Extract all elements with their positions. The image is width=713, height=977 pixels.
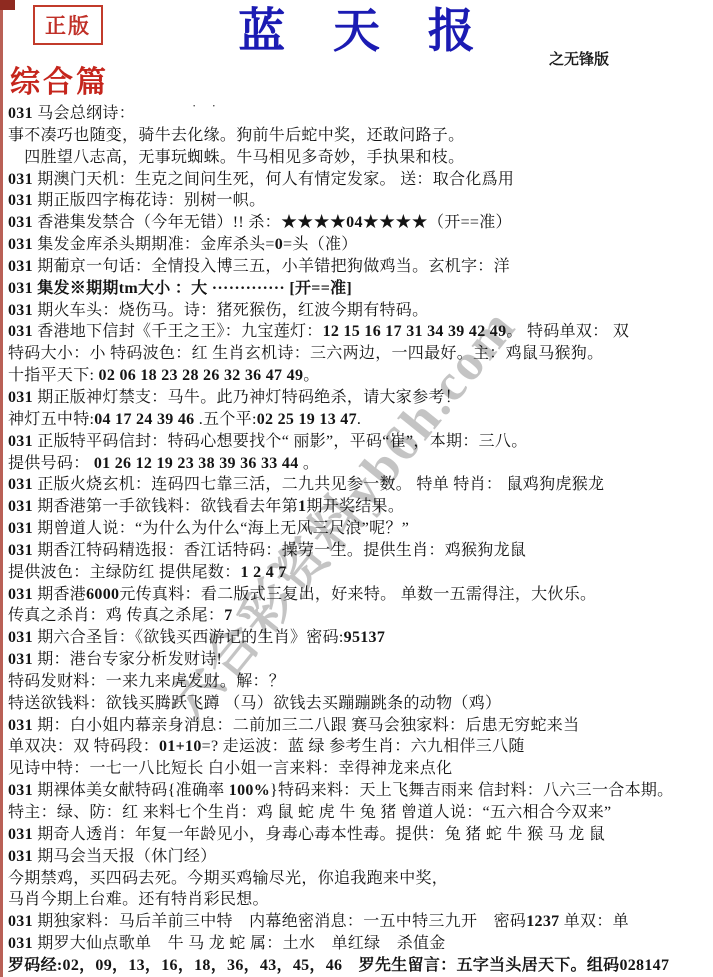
- page-left-border: [0, 0, 3, 977]
- text-line: 031 集发※期期tm大小 ：大 ············· [开==准]: [8, 278, 713, 300]
- text-line: 031 期正版四字梅花诗：别树一帜。: [8, 190, 713, 212]
- text-line: 马肖今期上台难。还有特肖彩民想。: [8, 889, 713, 911]
- text-line: 031 期曾道人说：“为什么为什么“海上无风三尺浪”呢？”: [8, 518, 713, 540]
- text-line: 特码大小：小 特码波色：红 生肖玄机诗：三六两边，一四最好。主：鸡鼠马猴狗。: [8, 343, 713, 365]
- text-line: 十指平天下: 02 06 18 23 28 26 32 36 47 49。: [8, 365, 713, 387]
- text-line: 今期禁鸡，买四码去死。今期买鸡输尽光，你追我跑来中奖，: [8, 868, 713, 890]
- text-line: 见诗中特：一七一八比短长 白小姐一言来料：幸得神龙来点化: [8, 758, 713, 780]
- text-line: 031 期：白小姐内幕亲身消息：二前加三二八跟 赛马会独家料：后患无穷蛇来当: [8, 715, 713, 737]
- text-line: 031 期奇人透肖：年复一年龄见小，身毒心毒本性毒。提供：兔 猪 蛇 牛 猴 马…: [8, 824, 713, 846]
- section-heading: 综合篇: [10, 57, 109, 101]
- text-line: 031 期香江特码精选报：香江话特码：操劳一生。提供生肖：鸡猴狗龙鼠: [8, 540, 713, 562]
- text-line: 传真之杀肖：鸡 传真之杀尾：7: [8, 605, 713, 627]
- text-line: 提供号码： 01 26 12 19 23 38 39 36 33 44 。: [8, 453, 713, 475]
- text-line: 031 期火车头：烧伤马。诗：猪死猴伤，红波今期有特码。: [8, 300, 713, 322]
- text-line: 031 马会总纲诗：: [8, 103, 713, 125]
- text-line: 031 期葡京一句话：全情投入博三五，小羊错把狗做鸡当。玄机字：洋: [8, 256, 713, 278]
- text-line: 单双决：双 特码段：01+10=? 走运波：蓝 绿 参考生肖：六九相伴三八随: [8, 736, 713, 758]
- text-line: 031 期：港台专家分析发财诗!: [8, 649, 713, 671]
- text-line: 031 集发金库杀头期期准：金库杀头=0=头（准）: [8, 234, 713, 256]
- text-line: 031 期马会当天报（休门经）: [8, 846, 713, 868]
- text-line: 031 正版特平码信封：特码心想要找个“ 丽影”，平码“崔”，本期：三八。: [8, 431, 713, 453]
- text-line: 031 期香港6000元传真料：看二版式三复出，好来特。 单数一五需得注，大伙乐…: [8, 584, 713, 606]
- text-line: 神灯五中特:04 17 24 39 46 .五个平:02 25 19 13 47…: [8, 409, 713, 431]
- text-line: 罗码经:02，09，13，16，18，36，43，45，46 罗先生留言：五字当…: [8, 955, 713, 977]
- text-line: 四胜望八志高，无事玩蜘蛛。牛马相见多奇妙，手执果和枝。: [8, 147, 713, 169]
- text-line: 031 期香港第一手欲钱料：欲钱看去年第1期开奖结果。: [8, 496, 713, 518]
- text-line: 031 期独家料：马后羊前三中特 内幕绝密消息：一五中特三九开 密码1237 单…: [8, 911, 713, 933]
- text-line: 031 期正版神灯禁支：马牛。此乃神灯特码绝杀，请大家参考！: [8, 387, 713, 409]
- edition-label: 之无锋版: [549, 48, 609, 69]
- text-line: 031 香港集发禁合（今年无错）!! 杀：★★★★04★★★★（开==准）: [8, 212, 713, 234]
- text-line: 031 正版火烧玄机：连码四七靠三活，二九共见参一数。 特单 特肖： 鼠鸡狗虎猴…: [8, 474, 713, 496]
- content-lines: 031 马会总纲诗：事不凑巧也随变，骑牛去化缘。狗前牛后蛇中奖，还敢问路子。 四…: [8, 103, 713, 977]
- text-line: 提供波色：主绿防红 提供尾数：1 2 4 7: [8, 562, 713, 584]
- text-line: 031 期澳门天机：生克之间问生死，何人有情定发家。 送：取合化爲用: [8, 169, 713, 191]
- text-line: 特主：绿、防：红 来料七个生肖：鸡 鼠 蛇 虎 牛 兔 猪 曾道人说：“五六相合…: [8, 802, 713, 824]
- text-line: 特送欲钱料：欲钱买腾跃飞蹲 （马）欲钱去买蹦蹦跳条的动物（鸡）: [8, 693, 713, 715]
- text-line: 031 香港地下信封《千王之王》：九宝莲灯：12 15 16 17 31 34 …: [8, 321, 713, 343]
- text-line: 031 期裸体美女献特码{准确率 100%}特码来料：天上飞舞吉雨来 信封料：八…: [8, 780, 713, 802]
- text-line: 031 期六合圣旨：《欲钱买西游记的生肖》密码:95137: [8, 627, 713, 649]
- newspaper-page: 正版 蓝 天 报 之无锋版 综合篇 · · 六合彩资料yb6h.com 031 …: [0, 0, 713, 977]
- text-line: 031 期罗大仙点歌单 牛 马 龙 蛇 属：土水 单红绿 杀值金: [8, 933, 713, 955]
- text-line: 事不凑巧也随变，骑牛去化缘。狗前牛后蛇中奖，还敢问路子。: [8, 125, 713, 147]
- text-line: 特码发财料：一来九来虎发财。解：？: [8, 671, 713, 693]
